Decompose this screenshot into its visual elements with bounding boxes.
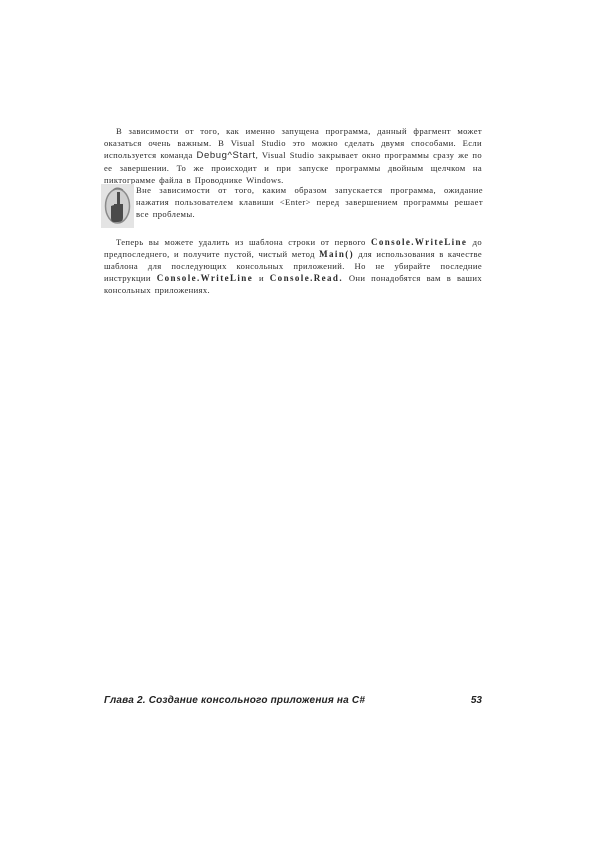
paragraph-program-launch: В зависимости от того, как именно запуще… [104, 125, 482, 186]
code-console-read: Console.Read. [270, 273, 343, 283]
chapter-title: Глава 2. Создание консольного приложения… [104, 695, 365, 706]
paragraph-template-cleanup: Теперь вы можете удалить из шаблона стро… [104, 236, 482, 296]
page-footer: Глава 2. Создание консольного приложения… [104, 695, 482, 709]
paragraph-text: Теперь вы можете удалить из шаблона стро… [116, 237, 371, 247]
pointing-hand-icon [101, 184, 134, 228]
code-console-writeline: Console.WriteLine [371, 237, 467, 247]
page-number: 53 [471, 695, 482, 706]
menu-command: Debug^Start [197, 150, 256, 161]
tip-note: Вне зависимости от того, каким образом з… [101, 184, 483, 228]
code-console-writeline: Console.WriteLine [157, 273, 253, 283]
book-page: В зависимости от того, как именно запуще… [0, 0, 600, 848]
code-main: Main() [319, 249, 354, 259]
paragraph-text: и [253, 273, 270, 283]
tip-text: Вне зависимости от того, каким образом з… [136, 184, 483, 220]
